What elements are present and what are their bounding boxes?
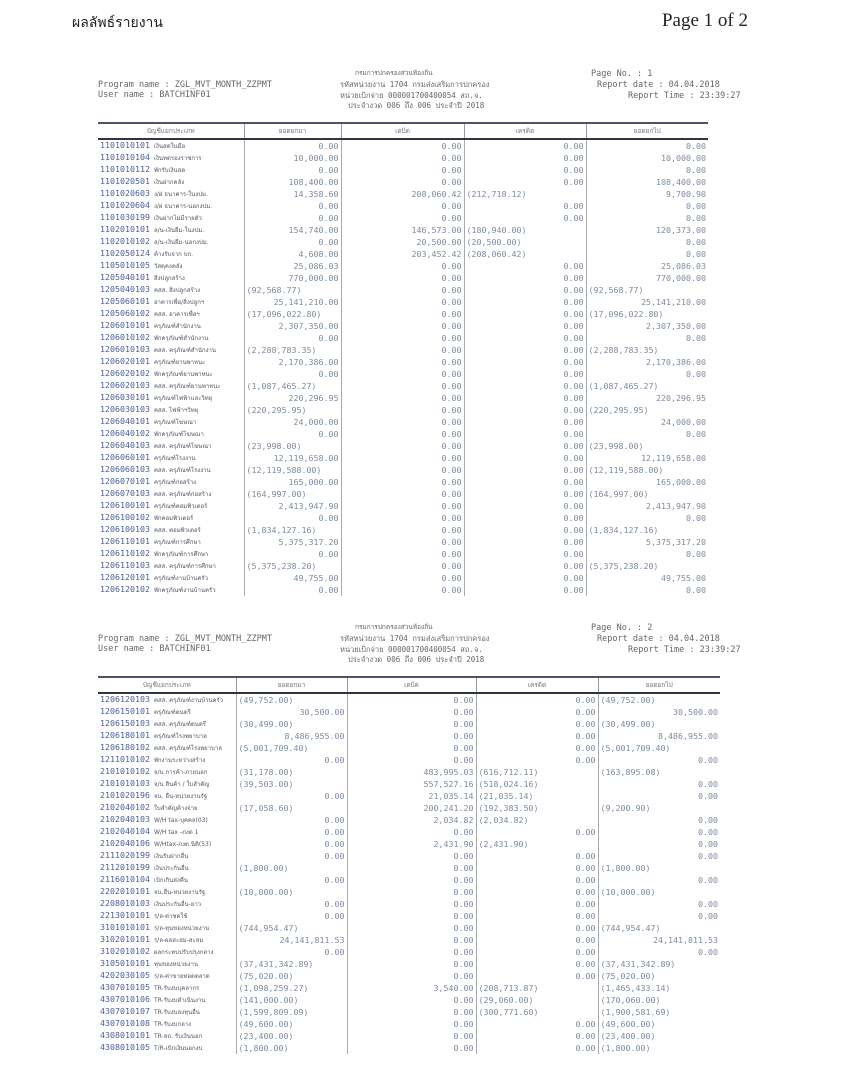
close-amount: 0.00 bbox=[586, 164, 708, 176]
open-amount: 0.00 bbox=[244, 584, 341, 596]
account-code: 3102010102 bbox=[100, 946, 150, 956]
open-amount: 10,000.00 bbox=[244, 152, 341, 164]
account-code: 1206040103 bbox=[100, 440, 150, 450]
debit-amount: 0.00 bbox=[341, 404, 464, 416]
table-row: 1206110103คสส. ครุภัณฑ์การศึกษา(5,375,23… bbox=[98, 560, 708, 572]
open-amount: 0.00 bbox=[236, 814, 347, 826]
page-no: Page No. : 1 bbox=[591, 69, 652, 79]
close-amount: 108,400.00 bbox=[586, 176, 708, 188]
close-amount: 9,700.90 bbox=[586, 188, 708, 200]
table-row: 1206040102พักครุภัณฑ์โฆษณา0.000.000.000.… bbox=[98, 428, 708, 440]
credit-amount: 0.00 bbox=[464, 284, 586, 296]
account-cell: 1206070103คสส. ครุภัณฑ์ก่อสร้าง bbox=[98, 488, 244, 500]
debit-amount: 0.00 bbox=[341, 476, 464, 488]
account-name: T/R-เบิกเงินนอกงบ bbox=[154, 1045, 202, 1052]
account-cell: 4307010108TR-รับงบกลาง bbox=[98, 1018, 236, 1030]
debit-amount: 0.00 bbox=[341, 200, 464, 212]
account-name: ร/ล-ค่าชดใช้ bbox=[154, 913, 187, 920]
close-amount: (220,295.95) bbox=[586, 404, 708, 416]
open-amount: 0.00 bbox=[236, 850, 347, 862]
open-amount: (5,001,709.40) bbox=[236, 742, 347, 754]
credit-amount: 0.00 bbox=[464, 296, 586, 308]
debit-amount: 0.00 bbox=[341, 440, 464, 452]
close-amount: (2,288,783.35) bbox=[586, 344, 708, 356]
credit-amount: 0.00 bbox=[464, 212, 586, 224]
account-code: 1206070101 bbox=[100, 476, 150, 486]
debit-amount: 483,995.03 bbox=[347, 766, 476, 778]
open-amount: (1,800.00) bbox=[236, 1042, 347, 1054]
account-name: ครุภัณฑ์โรงพยาบาล bbox=[154, 733, 207, 740]
table-row: 2112010199เงินประกันอื่น(1,800.00)0.000.… bbox=[98, 862, 720, 874]
table-row: 2102040104W/H tax -ภงด 10.000.000.000.00 bbox=[98, 826, 720, 838]
account-cell: 1206110102พักครุภัณฑ์การศึกษา bbox=[98, 548, 244, 560]
account-code: 2112010199 bbox=[100, 862, 150, 872]
credit-amount: 0.00 bbox=[464, 488, 586, 500]
account-code: 1101010104 bbox=[100, 152, 150, 162]
open-amount: (49,600.00) bbox=[236, 1018, 347, 1030]
credit-amount: 0.00 bbox=[476, 898, 598, 910]
open-amount: 0.00 bbox=[236, 790, 347, 802]
credit-amount: 0.00 bbox=[464, 332, 586, 344]
account-cell: 1206010101ครุภัณฑ์สำนักงาน bbox=[98, 320, 244, 332]
account-code: 1205060102 bbox=[100, 308, 150, 318]
account-cell: 1101010101เงินสดในมือ bbox=[98, 139, 244, 152]
debit-amount: 2,431.90 bbox=[347, 838, 476, 850]
account-cell: 1206060101ครุภัณฑ์โรงงาน bbox=[98, 452, 244, 464]
account-cell: 1101020501เงินฝากคลัง bbox=[98, 176, 244, 188]
open-amount: 0.00 bbox=[244, 236, 341, 248]
account-cell: 2208010103เงินประกันอื่น-ยาว bbox=[98, 898, 236, 910]
account-name: คสส. ครุภัณฑ์โฆษณา bbox=[154, 443, 211, 450]
account-code: 1206010101 bbox=[100, 320, 150, 330]
debit-amount: 0.00 bbox=[341, 392, 464, 404]
account-name: ครุภัณฑ์โฆษณา bbox=[154, 419, 196, 426]
account-code: 2111020199 bbox=[100, 850, 150, 860]
col-credit: เครดิต bbox=[476, 677, 598, 693]
account-code: 1205040103 bbox=[100, 284, 150, 294]
account-name: พักคอมพิวเตอร์ bbox=[154, 515, 193, 522]
account-cell: 1206010102พักครุภัณฑ์สำนักงาน bbox=[98, 332, 244, 344]
close-amount: 2,413,947.90 bbox=[586, 500, 708, 512]
close-amount: (1,087,465.27) bbox=[586, 380, 708, 392]
open-amount: (17,096,022.80) bbox=[244, 308, 341, 320]
account-code: 1101020603 bbox=[100, 188, 150, 198]
close-amount: 0.00 bbox=[586, 548, 708, 560]
table-row: 1101030199เงินฝากไม่มีรายตัว0.000.000.00… bbox=[98, 212, 708, 224]
debit-amount: 0.00 bbox=[347, 958, 476, 970]
close-amount: (1,800.00) bbox=[598, 1042, 720, 1054]
account-code: 1206180101 bbox=[100, 730, 150, 740]
account-cell: 3102010101ร/ล-ผลสะสม-สะสม bbox=[98, 934, 236, 946]
account-name: ค้างรับจาก บก. bbox=[154, 251, 193, 258]
account-cell: 1206040102พักครุภัณฑ์โฆษณา bbox=[98, 428, 244, 440]
open-amount: (141,000.00) bbox=[236, 994, 347, 1006]
account-code: 2101010103 bbox=[100, 778, 150, 788]
account-name: ครุภัณฑ์ยานพาหนะ bbox=[154, 359, 205, 366]
debit-amount: 0.00 bbox=[347, 1030, 476, 1042]
table-row: 2202010101จน.อื่น-หน่วยงานรัฐ(10,000.00)… bbox=[98, 886, 720, 898]
account-name: ร/ล-ค่าขายทอดตลาด bbox=[154, 973, 210, 980]
debit-amount: 0.00 bbox=[341, 524, 464, 536]
open-amount: (92,568.77) bbox=[244, 284, 341, 296]
debit-amount: 0.00 bbox=[341, 584, 464, 596]
account-cell: 1206010103คสส. ครุภัณฑ์สำนักงาน bbox=[98, 344, 244, 356]
account-cell: 1206030103คสส. ไฟฟ้าฯวิทยุ bbox=[98, 404, 244, 416]
open-amount: 0.00 bbox=[244, 548, 341, 560]
table-row: 4202030105ร/ล-ค่าขายทอดตลาด(75,020.00)0.… bbox=[98, 970, 720, 982]
account-code: 1206100102 bbox=[100, 512, 150, 522]
credit-amount: (21,035.14) bbox=[476, 790, 598, 802]
credit-amount: 0.00 bbox=[464, 452, 586, 464]
debit-amount: 0.00 bbox=[341, 548, 464, 560]
credit-amount: 0.00 bbox=[464, 200, 586, 212]
debit-amount: 0.00 bbox=[341, 572, 464, 584]
open-amount: (39,503.00) bbox=[236, 778, 347, 790]
account-cell: 1206150103คสส. ครุภัณฑ์ดนตรี bbox=[98, 718, 236, 730]
account-name: เงินฝากคลัง bbox=[154, 179, 184, 186]
table-row: 1206120103คสส. ครุภัณฑ์งานบ้านครัว(49,75… bbox=[98, 693, 720, 706]
close-amount: 0.00 bbox=[586, 248, 708, 260]
close-amount: (1,834,127.16) bbox=[586, 524, 708, 536]
close-amount: 770,000.00 bbox=[586, 272, 708, 284]
table-row: 2102040103W/H tax-บุคคล(03)0.002,034.82(… bbox=[98, 814, 720, 826]
report-header-1: กรมการปกครองส่วนท้องถิ่น Program name : … bbox=[0, 66, 842, 126]
account-cell: 1206150101ครุภัณฑ์ดนตรี bbox=[98, 706, 236, 718]
account-name: ทุนของหน่วยงาน bbox=[154, 961, 198, 968]
account-name: W/H tax-บุคคล(03) bbox=[154, 817, 208, 824]
debit-amount: 0.00 bbox=[341, 368, 464, 380]
col-opening: ยอดยกมา bbox=[244, 123, 341, 139]
open-amount: (17,058.60) bbox=[236, 802, 347, 814]
credit-amount: 0.00 bbox=[476, 910, 598, 922]
account-code: 1206030101 bbox=[100, 392, 150, 402]
credit-amount: 0.00 bbox=[476, 1042, 598, 1054]
account-name: คสส. ครุภัณฑ์ยานพาหนะ bbox=[154, 383, 220, 390]
account-name: เบิกเกินส่งคืน bbox=[154, 877, 188, 884]
col-closing: ยอดยกไป bbox=[586, 123, 708, 139]
table-row: 2213010101ร/ล-ค่าชดใช้0.000.000.000.00 bbox=[98, 910, 720, 922]
account-name: พักรับเงินสด bbox=[154, 167, 185, 174]
close-amount: (5,001,709.40) bbox=[598, 742, 720, 754]
account-name: เงินทดรองราชการ bbox=[154, 155, 202, 162]
credit-amount: (29,060.00) bbox=[476, 994, 598, 1006]
account-name: เงินประกันอื่น-ยาว bbox=[154, 901, 201, 908]
debit-amount: 0.00 bbox=[341, 356, 464, 368]
credit-amount: 0.00 bbox=[464, 416, 586, 428]
open-amount: 4,608.00 bbox=[244, 248, 341, 260]
open-amount: (31,178.00) bbox=[236, 766, 347, 778]
account-cell: 4307010107TR-รับงบลงทุนอื่น bbox=[98, 1006, 236, 1018]
open-amount: 14,358.60 bbox=[244, 188, 341, 200]
open-amount: 24,000.00 bbox=[244, 416, 341, 428]
account-name: ร/ล-ผลสะสม-สะสม bbox=[154, 937, 203, 944]
open-amount: (30,499.00) bbox=[236, 718, 347, 730]
credit-amount: 0.00 bbox=[464, 512, 586, 524]
credit-amount: 0.00 bbox=[464, 548, 586, 560]
table-row: 1206040103คสส. ครุภัณฑ์โฆษณา(23,998.00)0… bbox=[98, 440, 708, 452]
close-amount: 0.00 bbox=[598, 754, 720, 766]
account-code: 1102010101 bbox=[100, 224, 150, 234]
account-cell: 1206120102พักครุภัณฑ์งานบ้านครัว bbox=[98, 584, 244, 596]
program-name: Program name : ZGL_MVT_MONTH_ZZPMT bbox=[98, 634, 272, 644]
open-amount: 2,307,350.00 bbox=[244, 320, 341, 332]
table-row: 2102040106W/Htax-ภงด.นิติ(53)0.002,431.9… bbox=[98, 838, 720, 850]
close-amount: (23,998.00) bbox=[586, 440, 708, 452]
account-cell: 1206020101ครุภัณฑ์ยานพาหนะ bbox=[98, 356, 244, 368]
close-amount: (1,900,581.69) bbox=[598, 1006, 720, 1018]
account-code: 1206110101 bbox=[100, 536, 150, 546]
col-credit: เครดิต bbox=[464, 123, 586, 139]
table-row: 4307010107TR-รับงบลงทุนอื่น(1,599,809.09… bbox=[98, 1006, 720, 1018]
account-name: พักครุภัณฑ์สำนักงาน bbox=[154, 335, 209, 342]
account-cell: 1102010101ล/น-เงินยืม-ในงปม. bbox=[98, 224, 244, 236]
close-amount: (1,465,433.14) bbox=[598, 982, 720, 994]
open-amount: 5,375,317.20 bbox=[244, 536, 341, 548]
credit-amount: 0.00 bbox=[476, 862, 598, 874]
account-code: 1206020103 bbox=[100, 380, 150, 390]
account-cell: 2101020196จน. อื่น-หน่วยงานรัฐ bbox=[98, 790, 236, 802]
account-code: 1105010105 bbox=[100, 260, 150, 270]
account-code: 1206070103 bbox=[100, 488, 150, 498]
account-code: 4308010101 bbox=[100, 1030, 150, 1040]
table-row: 1102010101ล/น-เงินยืม-ในงปม.154,740.0014… bbox=[98, 224, 708, 236]
account-cell: 1205060102คสส. อาคารเพื่อฯ bbox=[98, 308, 244, 320]
account-name: เงินฝากไม่มีรายตัว bbox=[154, 215, 202, 222]
account-cell: 1211010102พักงานระหว่างสร้าง bbox=[98, 754, 236, 766]
account-code: 1101030199 bbox=[100, 212, 150, 222]
account-name: W/Htax-ภงด.นิติ(53) bbox=[154, 841, 211, 848]
debit-amount: 0.00 bbox=[347, 994, 476, 1006]
close-amount: 0.00 bbox=[598, 790, 720, 802]
debit-amount: 0.00 bbox=[341, 488, 464, 500]
account-code: 1206120102 bbox=[100, 584, 150, 594]
table-row: 1206120101ครุภัณฑ์งานบ้านครัว49,755.000.… bbox=[98, 572, 708, 584]
close-amount: (37,431,342.89) bbox=[598, 958, 720, 970]
account-name: จน.อื่น-หน่วยงานรัฐ bbox=[154, 889, 205, 896]
org-line: กรมการปกครองส่วนท้องถิ่น bbox=[355, 622, 433, 632]
account-name: พักครุภัณฑ์การศึกษา bbox=[154, 551, 208, 558]
account-cell: 1105010105วัสดุคงคลัง bbox=[98, 260, 244, 272]
credit-amount: 0.00 bbox=[464, 428, 586, 440]
open-amount: 165,000.00 bbox=[244, 476, 341, 488]
debit-amount: 0.00 bbox=[341, 139, 464, 152]
account-code: 1206150101 bbox=[100, 706, 150, 716]
open-amount: 0.00 bbox=[244, 332, 341, 344]
credit-amount: (2,431.90) bbox=[476, 838, 598, 850]
account-cell: 1206120103คสส. ครุภัณฑ์งานบ้านครัว bbox=[98, 693, 236, 706]
debit-amount: 0.00 bbox=[347, 826, 476, 838]
debit-amount: 0.00 bbox=[347, 754, 476, 766]
col-account: บัญชีแยกประเภท bbox=[98, 677, 236, 693]
debit-amount: 0.00 bbox=[341, 260, 464, 272]
account-code: 2102040102 bbox=[100, 802, 150, 812]
table-row: 1206150103คสส. ครุภัณฑ์ดนตรี(30,499.00)0… bbox=[98, 718, 720, 730]
credit-amount: 0.00 bbox=[476, 826, 598, 838]
credit-amount: 0.00 bbox=[476, 934, 598, 946]
close-amount: 0.00 bbox=[586, 368, 708, 380]
account-code: 2116010104 bbox=[100, 874, 150, 884]
account-name: อาคารเพื่อ/สิ่งปลูกฯ bbox=[154, 299, 204, 306]
account-name: W/H tax -ภงด 1 bbox=[154, 829, 199, 836]
debit-amount: 0.00 bbox=[341, 428, 464, 440]
ledger-table-2: บัญชีแยกประเภท ยอดยกมา เดบิต เครดิต ยอดย… bbox=[98, 676, 720, 1054]
close-amount: 8,486,955.00 bbox=[598, 730, 720, 742]
table-row: 2116010104เบิกเกินส่งคืน0.000.000.000.00 bbox=[98, 874, 720, 886]
debit-amount: 208,060.42 bbox=[341, 188, 464, 200]
debit-amount: 0.00 bbox=[341, 308, 464, 320]
credit-amount: (616,712.11) bbox=[476, 766, 598, 778]
credit-amount: 0.00 bbox=[464, 560, 586, 572]
report-header-2: กรมการปกครองส่วนท้องถิ่น Program name : … bbox=[0, 620, 842, 680]
account-name: ครุภัณฑ์คอมพิวเตอร์ bbox=[154, 503, 207, 510]
account-code: 1211010102 bbox=[100, 754, 150, 764]
debit-amount: 203,452.42 bbox=[341, 248, 464, 260]
debit-amount: 0.00 bbox=[347, 706, 476, 718]
close-amount: (163,895.08) bbox=[598, 766, 720, 778]
account-name: ผลกระทบปรับปรุงกลาง bbox=[154, 949, 213, 956]
account-name: คสส. ครุภัณฑ์ดนตรี bbox=[154, 721, 206, 728]
open-amount: (1,834,127.16) bbox=[244, 524, 341, 536]
debit-amount: 3,540.00 bbox=[347, 982, 476, 994]
open-amount: 0.00 bbox=[244, 200, 341, 212]
close-amount: 0.00 bbox=[586, 428, 708, 440]
account-code: 4307010107 bbox=[100, 1006, 150, 1016]
col-opening: ยอดยกมา bbox=[236, 677, 347, 693]
debit-amount: 0.00 bbox=[347, 898, 476, 910]
account-name: เงินรับฝากอื่น bbox=[154, 853, 188, 860]
close-amount: (49,600.00) bbox=[598, 1018, 720, 1030]
close-amount: 0.00 bbox=[598, 910, 720, 922]
account-cell: 2102040106W/Htax-ภงด.นิติ(53) bbox=[98, 838, 236, 850]
credit-amount: 0.00 bbox=[464, 152, 586, 164]
table-row: 1205060101อาคารเพื่อ/สิ่งปลูกฯ25,141,210… bbox=[98, 296, 708, 308]
credit-amount: 0.00 bbox=[476, 1030, 598, 1042]
credit-amount: 0.00 bbox=[476, 718, 598, 730]
close-amount: 0.00 bbox=[586, 584, 708, 596]
open-amount: 25,086.03 bbox=[244, 260, 341, 272]
account-name: จน. อื่น-หน่วยงานรัฐ bbox=[154, 793, 207, 800]
close-amount: 0.00 bbox=[598, 850, 720, 862]
debit-amount: 0.00 bbox=[347, 1042, 476, 1054]
account-name: ครุภัณฑ์งานบ้านครัว bbox=[154, 575, 208, 582]
account-code: 1206100101 bbox=[100, 500, 150, 510]
close-amount: (12,119,588.00) bbox=[586, 464, 708, 476]
account-code: 1206120101 bbox=[100, 572, 150, 582]
table-row: 2101010102จ/น การค้า-ภายนอก(31,178.00)48… bbox=[98, 766, 720, 778]
close-amount: (170,060.00) bbox=[598, 994, 720, 1006]
table-row: 4307010105TR-รับงบบุคลากร(1,098,259.27)3… bbox=[98, 982, 720, 994]
credit-amount: 0.00 bbox=[476, 730, 598, 742]
table-row: 1206070101ครุภัณฑ์ก่อสร้าง165,000.000.00… bbox=[98, 476, 708, 488]
debit-amount: 2,034.82 bbox=[347, 814, 476, 826]
open-amount: 0.00 bbox=[236, 910, 347, 922]
account-cell: 1206100101ครุภัณฑ์คอมพิวเตอร์ bbox=[98, 500, 244, 512]
table-row: 1206020101ครุภัณฑ์ยานพาหนะ2,170,386.000.… bbox=[98, 356, 708, 368]
debit-amount: 0.00 bbox=[347, 922, 476, 934]
table-row: 2208010103เงินประกันอื่น-ยาว0.000.000.00… bbox=[98, 898, 720, 910]
debit-amount: 200,241.20 bbox=[347, 802, 476, 814]
close-amount: 24,000.00 bbox=[586, 416, 708, 428]
account-name: ร/ล-ทุนของหน่วยงาน bbox=[154, 925, 209, 932]
close-amount: 0.00 bbox=[586, 200, 708, 212]
period-line: ประจำงวด 006 ถึง 006 ประจำปี 2018 bbox=[348, 100, 484, 112]
open-amount: 0.00 bbox=[244, 212, 341, 224]
account-code: 1206010102 bbox=[100, 332, 150, 342]
credit-amount: 0.00 bbox=[476, 874, 598, 886]
table-row: 1206180102คสส. ครุภัณฑ์โรงพยาบาล(5,001,7… bbox=[98, 742, 720, 754]
open-amount: 0.00 bbox=[244, 368, 341, 380]
close-amount: (23,400.00) bbox=[598, 1030, 720, 1042]
account-cell: 1101030199เงินฝากไม่มีรายตัว bbox=[98, 212, 244, 224]
credit-amount: 0.00 bbox=[464, 572, 586, 584]
account-name: พักครุภัณฑ์ยานพาหนะ bbox=[154, 371, 213, 378]
debit-amount: 0.00 bbox=[341, 176, 464, 188]
account-cell: 4307010106TR-รับงบดำเนินงาน bbox=[98, 994, 236, 1006]
account-name: คสส. คอมพิวเตอร์ bbox=[154, 527, 201, 534]
credit-amount: 0.00 bbox=[464, 440, 586, 452]
table-row: 1102010102ล/น-เงินยืม-นอกงปม.0.0020,500.… bbox=[98, 236, 708, 248]
account-code: 1206030103 bbox=[100, 404, 150, 414]
table-row: 4307010108TR-รับงบกลาง(49,600.00)0.000.0… bbox=[98, 1018, 720, 1030]
close-amount: (164,997.00) bbox=[586, 488, 708, 500]
table-row: 1205040101สิ่งปลูกสร้าง770,000.000.000.0… bbox=[98, 272, 708, 284]
credit-amount: 0.00 bbox=[476, 970, 598, 982]
account-code: 1102050124 bbox=[100, 248, 150, 258]
table-row: 1211010102พักงานระหว่างสร้าง0.000.000.00… bbox=[98, 754, 720, 766]
account-name: พักงานระหว่างสร้าง bbox=[154, 757, 205, 764]
close-amount: 0.00 bbox=[598, 898, 720, 910]
account-cell: 3102010102ผลกระทบปรับปรุงกลาง bbox=[98, 946, 236, 958]
close-amount: (17,096,022.80) bbox=[586, 308, 708, 320]
close-amount: 0.00 bbox=[586, 512, 708, 524]
table-row: 2102040102ใบสำคัญค้างจ่าย(17,058.60)200,… bbox=[98, 802, 720, 814]
account-cell: 1206100102พักคอมพิวเตอร์ bbox=[98, 512, 244, 524]
account-cell: 1101020604ง/ฝ ธนาคาร-นอกงปม. bbox=[98, 200, 244, 212]
debit-amount: 0.00 bbox=[341, 344, 464, 356]
close-amount: 220,296.95 bbox=[586, 392, 708, 404]
col-account: บัญชีแยกประเภท bbox=[98, 123, 244, 139]
account-name: จ/น การค้า-ภายนอก bbox=[154, 769, 208, 776]
close-amount: 0.00 bbox=[598, 778, 720, 790]
account-cell: 1205040101สิ่งปลูกสร้าง bbox=[98, 272, 244, 284]
credit-amount: (518,024.16) bbox=[476, 778, 598, 790]
account-code: 3101010101 bbox=[100, 922, 150, 932]
report-date: Report date : 04.04.2018 bbox=[597, 80, 720, 90]
account-code: 1206010103 bbox=[100, 344, 150, 354]
credit-amount: 0.00 bbox=[464, 368, 586, 380]
table-row: 1206030103คสส. ไฟฟ้าฯวิทยุ(220,295.95)0.… bbox=[98, 404, 708, 416]
account-name: ครุภัณฑ์โรงงาน bbox=[154, 455, 196, 462]
account-cell: 2102040104W/H tax -ภงด 1 bbox=[98, 826, 236, 838]
close-amount: (92,568.77) bbox=[586, 284, 708, 296]
account-code: 1205060101 bbox=[100, 296, 150, 306]
open-amount: 154,740.00 bbox=[244, 224, 341, 236]
account-cell: 2112010199เงินประกันอื่น bbox=[98, 862, 236, 874]
table-row: 3102010101ร/ล-ผลสะสม-สะสม24,141,811.530.… bbox=[98, 934, 720, 946]
open-amount: 12,119,658.00 bbox=[244, 452, 341, 464]
table-row: 4308010105T/R-เบิกเงินนอกงบ(1,800.00)0.0… bbox=[98, 1042, 720, 1054]
period-line: ประจำงวด 006 ถึง 006 ประจำปี 2018 bbox=[348, 654, 484, 666]
report-time: Report Time : 23:39:27 bbox=[628, 91, 741, 101]
credit-amount: 0.00 bbox=[476, 958, 598, 970]
account-name: จ/น สินค้า / ใบสำคัญ bbox=[154, 781, 209, 788]
account-name: ล/น-เงินยืม-ในงปม. bbox=[154, 227, 204, 234]
account-code: 1101020604 bbox=[100, 200, 150, 210]
open-amount: 0.00 bbox=[244, 164, 341, 176]
account-cell: 1206030101ครุภัณฑ์ไฟฟ้าและวิทยุ bbox=[98, 392, 244, 404]
table-row: 1206100101ครุภัณฑ์คอมพิวเตอร์2,413,947.9… bbox=[98, 500, 708, 512]
open-amount: (75,020.00) bbox=[236, 970, 347, 982]
